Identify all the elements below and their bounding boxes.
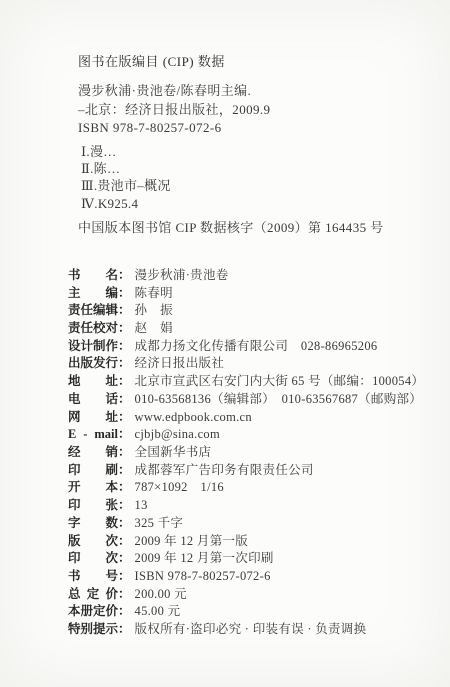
row-label: 出版发行 [68, 355, 118, 373]
row-value: 孙 振 [135, 303, 173, 317]
colophon-row-address: 地址：北京市宣武区右安门内大街 65 号（邮编：100054） [68, 373, 420, 391]
classification-item: Ⅲ.贵池市–概况 [81, 177, 420, 194]
cip-classification-list: Ⅰ.漫… Ⅱ.陈… Ⅲ.贵池市–概况 Ⅳ.K925.4 [81, 143, 420, 212]
row-value: 2009 年 12 月第一次印刷 [135, 551, 274, 565]
colophon-row-website: 网址：www.edpbook.com.cn [68, 409, 420, 427]
colophon-row-impression: 印次：2009 年 12 月第一次印刷 [68, 550, 420, 568]
row-value: 2009 年 12 月第一版 [135, 534, 249, 548]
colophon-row-proofreader: 责任校对：赵 娟 [68, 320, 420, 338]
row-label: 开本 [68, 479, 118, 497]
classification-item: Ⅳ.K925.4 [81, 195, 420, 212]
row-label: 书号 [68, 568, 118, 586]
row-label: 主编 [68, 285, 118, 303]
row-label: 印刷 [68, 462, 118, 480]
cip-entry-block: 漫步秋浦·贵池卷/陈春明主编. –北京：经济日报出版社，2009.9 ISBN … [78, 82, 420, 138]
colophon-table: 书名：漫步秋浦·贵池卷 主编：陈春明 责任编辑：孙 振 责任校对：赵 娟 设计制… [68, 267, 420, 639]
row-separator: ： [118, 569, 131, 583]
row-value: 北京市宣武区右安门内大街 65 号（邮编：100054） [135, 374, 425, 388]
row-separator: ： [118, 604, 131, 618]
row-separator: ： [118, 445, 131, 459]
cip-entry-line: ISBN 978-7-80257-072-6 [78, 119, 420, 138]
row-separator: ： [118, 622, 131, 636]
row-value: 漫步秋浦·贵池卷 [135, 268, 229, 282]
row-value: 成都力扬文化传播有限公司 028-86965206 [135, 339, 378, 353]
row-label: 字数 [68, 515, 118, 533]
colophon-row-edition: 版次：2009 年 12 月第一版 [68, 533, 420, 551]
row-value: 赵 娟 [135, 321, 173, 335]
colophon-row-total-price: 总定价：200.00 元 [68, 586, 420, 604]
colophon-row-email: E - mail：cjbjb@sina.com [68, 426, 420, 444]
colophon-row-printer: 印刷：成都蓉军广告印务有限责任公司 [68, 462, 420, 480]
cip-header: 图书在版编目 (CIP) 数据 [78, 54, 420, 70]
row-separator: ： [118, 321, 131, 335]
row-value: ISBN 978-7-80257-072-6 [135, 569, 271, 583]
row-label: 印次 [68, 550, 118, 568]
row-label: 特别提示 [68, 621, 118, 639]
row-separator: ： [118, 498, 131, 512]
row-value: 陈春明 [135, 286, 173, 300]
row-separator: ： [118, 463, 131, 477]
row-value: 全国新华书店 [135, 445, 212, 459]
row-separator: ： [118, 268, 131, 282]
row-value: 200.00 元 [135, 587, 187, 601]
row-separator: ： [118, 410, 131, 424]
colophon-row-sheets: 印张：13 [68, 497, 420, 515]
cip-section: 图书在版编目 (CIP) 数据 漫步秋浦·贵池卷/陈春明主编. –北京：经济日报… [78, 54, 420, 237]
row-label: 地址 [68, 373, 118, 391]
row-separator: ： [118, 286, 131, 300]
row-value: cjbjb@sina.com [135, 427, 221, 441]
classification-item: Ⅰ.漫… [81, 143, 420, 160]
row-label: 本册定价 [68, 603, 118, 621]
row-label: 总定价 [68, 586, 118, 604]
row-separator: ： [118, 392, 131, 406]
colophon-row-format: 开本：787×1092 1/16 [68, 479, 420, 497]
row-value: 成都蓉军广告印务有限责任公司 [135, 463, 314, 477]
row-label: 电话 [68, 391, 118, 409]
row-separator: ： [118, 303, 131, 317]
row-value: 经济日报出版社 [135, 356, 225, 370]
row-label: 责任校对 [68, 320, 118, 338]
row-value: 787×1092 1/16 [135, 480, 224, 494]
row-label: 网址 [68, 409, 118, 427]
row-label: 责任编辑 [68, 302, 118, 320]
colophon-row-editor: 责任编辑：孙 振 [68, 302, 420, 320]
row-separator: ： [118, 534, 131, 548]
row-label: 印张 [68, 497, 118, 515]
copyright-page: 图书在版编目 (CIP) 数据 漫步秋浦·贵池卷/陈春明主编. –北京：经济日报… [0, 0, 450, 687]
cip-entry-line: –北京：经济日报出版社，2009.9 [78, 101, 420, 120]
colophon-row-wordcount: 字数：325 千字 [68, 515, 420, 533]
colophon-row-notice: 特别提示：版权所有·盗印必究 · 印装有误 · 负责调换 [68, 621, 420, 639]
row-label: 版次 [68, 533, 118, 551]
classification-item: Ⅱ.陈… [81, 160, 420, 177]
row-separator: ： [118, 427, 131, 441]
row-separator: ： [118, 480, 131, 494]
cip-entry-line: 漫步秋浦·贵池卷/陈春明主编. [78, 82, 420, 101]
row-label: 书名 [68, 267, 118, 285]
row-label: E - mail [68, 426, 118, 444]
colophon-row-title: 书名：漫步秋浦·贵池卷 [68, 267, 420, 285]
row-separator: ： [118, 339, 131, 353]
row-value: 版权所有·盗印必究 · 印装有误 · 负责调换 [135, 622, 367, 636]
row-value: 45.00 元 [135, 604, 181, 618]
row-separator: ： [118, 516, 131, 530]
colophon-row-phone: 电话：010-63568136（编辑部） 010-63567687（邮购部） [68, 391, 420, 409]
colophon-row-distribution: 经销：全国新华书店 [68, 444, 420, 462]
row-label: 设计制作 [68, 338, 118, 356]
row-value: 13 [135, 498, 148, 512]
row-value: 010-63568136（编辑部） 010-63567687（邮购部） [135, 392, 423, 406]
row-label: 经销 [68, 444, 118, 462]
colophon-row-design: 设计制作：成都力扬文化传播有限公司 028-86965206 [68, 338, 420, 356]
row-separator: ： [118, 587, 131, 601]
row-separator: ： [118, 551, 131, 565]
row-value: www.edpbook.com.cn [135, 410, 252, 424]
row-separator: ： [118, 374, 131, 388]
colophon-row-volume-price: 本册定价：45.00 元 [68, 603, 420, 621]
cip-record: 中国版本图书馆 CIP 数据核字（2009）第 164435 号 [78, 219, 420, 237]
colophon-row-publisher: 出版发行：经济日报出版社 [68, 355, 420, 373]
row-separator: ： [118, 356, 131, 370]
colophon-row-isbn: 书号：ISBN 978-7-80257-072-6 [68, 568, 420, 586]
row-value: 325 千字 [135, 516, 184, 530]
colophon-row-chief-editor: 主编：陈春明 [68, 285, 420, 303]
